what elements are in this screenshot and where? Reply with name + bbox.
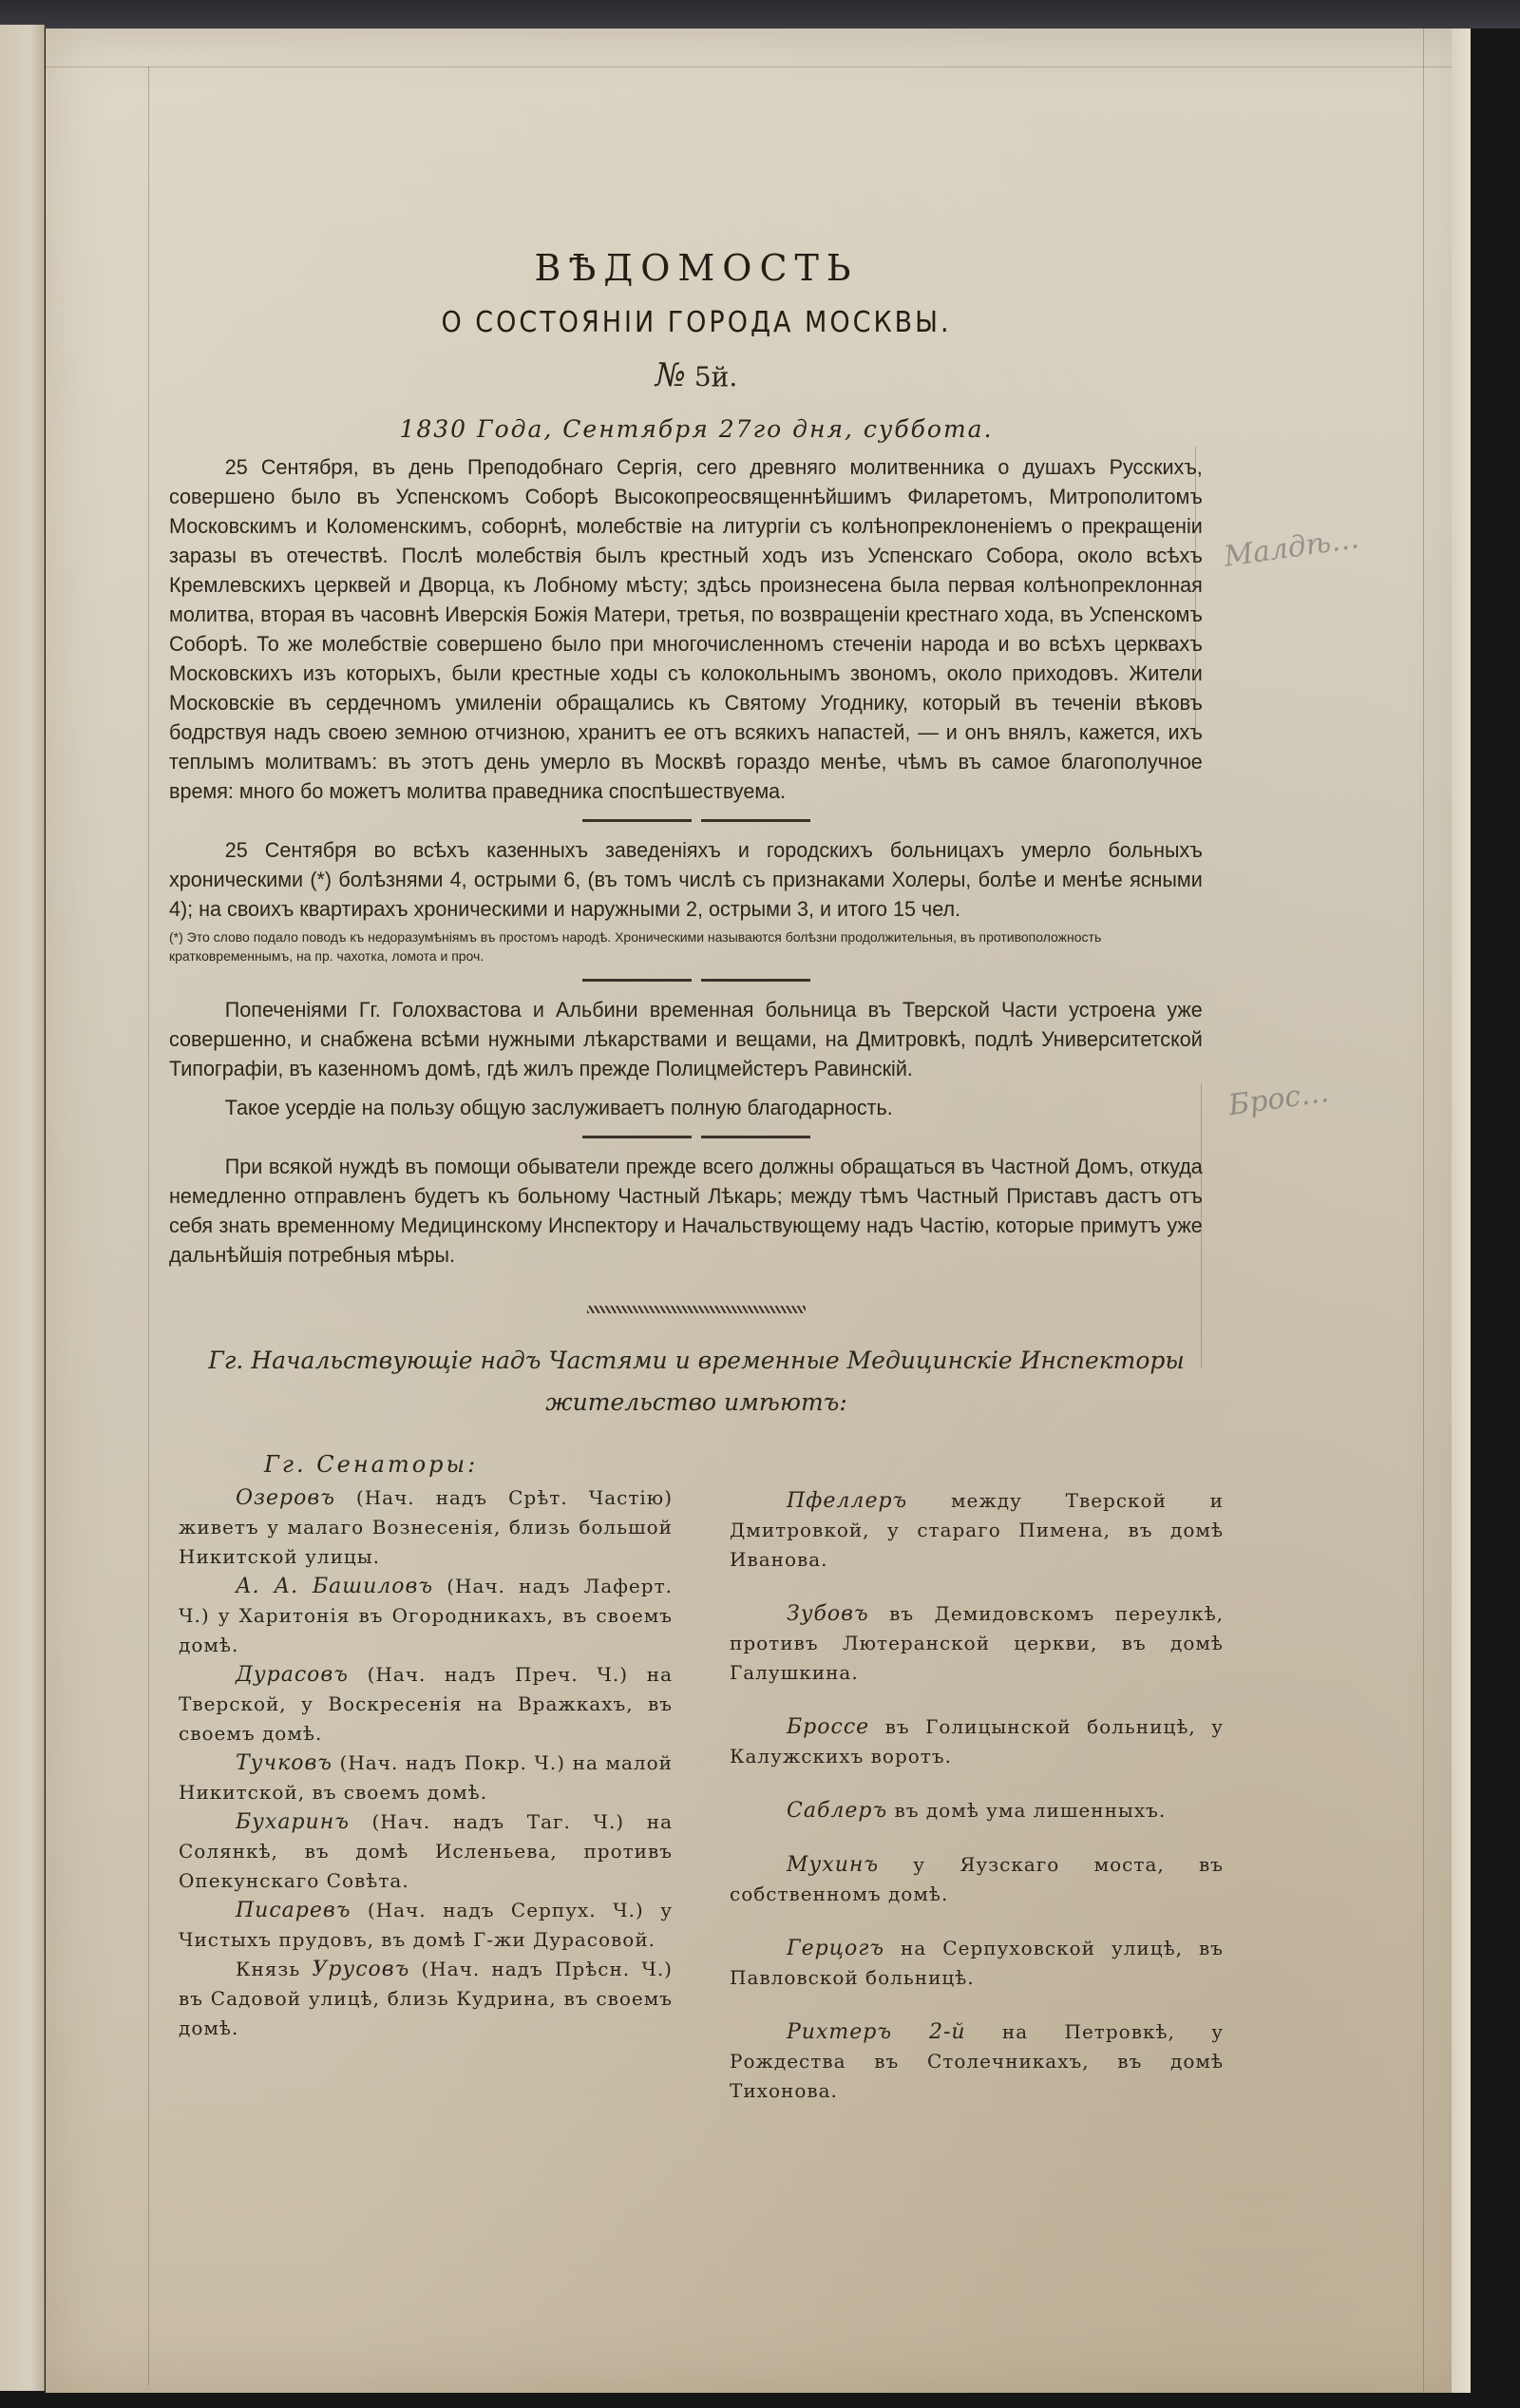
footnote: (*) Это слово подало поводъ къ недоразум…: [169, 927, 1224, 965]
official-name: Зубовъ: [787, 1602, 869, 1626]
residence-entry: Саблеръ въ домѣ ума лишенныхъ.: [730, 1796, 1224, 1825]
official-name: Рихтеръ 2-й: [787, 2020, 966, 2044]
paragraph-text: Попеченіями Гг. Голохвастова и Альбини в…: [169, 998, 1203, 1080]
residence-entry: Броссе въ Голицынской больницѣ, у Калужс…: [730, 1712, 1224, 1771]
official-name: А. А. Башиловъ: [236, 1575, 433, 1598]
residence-entry: Тучковъ (Нач. надъ Покр. Ч.) на малой Ни…: [179, 1749, 673, 1807]
residence-list-heading: Гг. Начальствующіе надъ Частями и времен…: [169, 1340, 1224, 1424]
senators-column: Гг. Сенаторы: Озеровъ (Нач. надъ Срѣт. Ч…: [179, 1450, 673, 2131]
residence-entry: Пфеллеръ между Тверской и Дмитровкой, у …: [730, 1486, 1224, 1575]
fold-line: [148, 67, 149, 2385]
handwritten-margin-note: Малдѣ…: [1222, 523, 1361, 574]
residence-columns: Гг. Сенаторы: Озеровъ (Нач. надъ Срѣт. Ч…: [169, 1450, 1224, 2131]
handwritten-margin-note: Брос…: [1226, 1077, 1331, 1122]
ornamental-divider: [587, 1306, 806, 1313]
gratitude-paragraph: Такое усердіе на пользу общую заслуживае…: [169, 1093, 1203, 1122]
residence-entry: Князь Урусовъ (Нач. надъ Прѣсн. Ч.) въ С…: [179, 1955, 673, 2043]
newspaper-page: Малдѣ… Брос… ВѢДОМОСТЬ О СОСТОЯНІИ ГОРОД…: [46, 29, 1471, 2393]
official-name: Тучковъ: [236, 1751, 332, 1775]
residence-entry: Озеровъ (Нач. надъ Срѣт. Частію) живетъ …: [179, 1483, 673, 1572]
page-edge: [1452, 29, 1471, 2393]
official-name: Писаревъ: [236, 1899, 351, 1922]
section-divider: [582, 1136, 810, 1138]
section-divider: [582, 819, 810, 822]
senators-heading: Гг. Сенаторы:: [264, 1450, 673, 1480]
issue-date: 1830 Года, Сентября 27го дня, суббота.: [169, 415, 1224, 443]
official-name: Броссе: [787, 1715, 869, 1739]
paragraph-text: 25 Сентября во всѣхъ казенныхъ заведенія…: [169, 838, 1203, 921]
residence-entry: Зубовъ въ Демидовскомъ переулкѣ, противъ…: [730, 1599, 1224, 1688]
binding-strip: [0, 25, 45, 2391]
official-name: Бухаринъ: [236, 1810, 350, 1834]
residence-entry: Писаревъ (Нач. надъ Серпух. Ч.) у Чистых…: [179, 1896, 673, 1955]
numero-sign: №: [655, 356, 686, 394]
residence-entry: Герцогъ на Серпуховской улицѣ, въ Павлов…: [730, 1934, 1224, 1993]
masthead-subtitle: О СОСТОЯНІИ ГОРОДА МОСКВЫ.: [169, 306, 1224, 339]
masthead-title: ВѢДОМОСТЬ: [169, 247, 1224, 289]
fold-line: [46, 67, 1471, 67]
document-scan: Малдѣ… Брос… ВѢДОМОСТЬ О СОСТОЯНІИ ГОРОД…: [0, 0, 1520, 2408]
scanner-background: [0, 0, 1520, 29]
title-prefix: Князь: [236, 1958, 312, 1980]
official-name: Пфеллеръ: [787, 1489, 907, 1513]
official-name: Мухинъ: [787, 1853, 879, 1877]
section-divider: [582, 979, 810, 982]
page-content: ВѢДОМОСТЬ О СОСТОЯНІИ ГОРОДА МОСКВЫ. № 5…: [169, 219, 1224, 2131]
paragraph-text: 25 Сентября, въ день Преподобнаго Сергія…: [169, 455, 1203, 803]
official-name: Герцогъ: [787, 1937, 884, 1960]
inspectors-column: Пфеллеръ между Тверской и Дмитровкой, у …: [730, 1486, 1224, 2131]
instructions-paragraph: При всякой нуждѣ въ помощи обыватели пре…: [169, 1152, 1203, 1270]
mortality-report: 25 Сентября во всѣхъ казенныхъ заведенія…: [169, 835, 1203, 924]
article-paragraph: 25 Сентября, въ день Преподобнаго Сергія…: [169, 452, 1203, 806]
heading-line: Гг. Начальствующіе надъ Частями и времен…: [169, 1340, 1224, 1382]
hospital-paragraph: Попеченіями Гг. Голохвастова и Альбини в…: [169, 995, 1203, 1083]
official-name: Озеровъ: [236, 1486, 335, 1510]
official-name: Урусовъ: [312, 1958, 409, 1981]
residence-entry: Дурасовъ (Нач. надъ Преч. Ч.) на Тверско…: [179, 1660, 673, 1749]
official-name: Саблеръ: [787, 1799, 887, 1823]
issue-number: № 5й.: [169, 356, 1224, 394]
residence-entry: Бухаринъ (Нач. надъ Таг. Ч.) на Солянкѣ,…: [179, 1807, 673, 1896]
address-text: въ домѣ ума лишенныхъ.: [887, 1799, 1166, 1822]
residence-entry: Рихтеръ 2-й на Петровкѣ, у Рождества въ …: [730, 2017, 1224, 2106]
issue-number-value: 5й.: [694, 361, 737, 392]
residence-entry: Мухинъ у Яузскаго моста, въ собственномъ…: [730, 1850, 1224, 1909]
official-name: Дурасовъ: [236, 1663, 349, 1687]
paragraph-text: Такое усердіе на пользу общую заслуживае…: [225, 1096, 893, 1119]
heading-line: жительство имѣютъ:: [169, 1382, 1224, 1424]
fold-line: [1423, 29, 1424, 2393]
paragraph-text: При всякой нуждѣ въ помощи обыватели пре…: [169, 1155, 1203, 1267]
residence-entry: А. А. Башиловъ (Нач. надъ Лаферт. Ч.) у …: [179, 1572, 673, 1660]
